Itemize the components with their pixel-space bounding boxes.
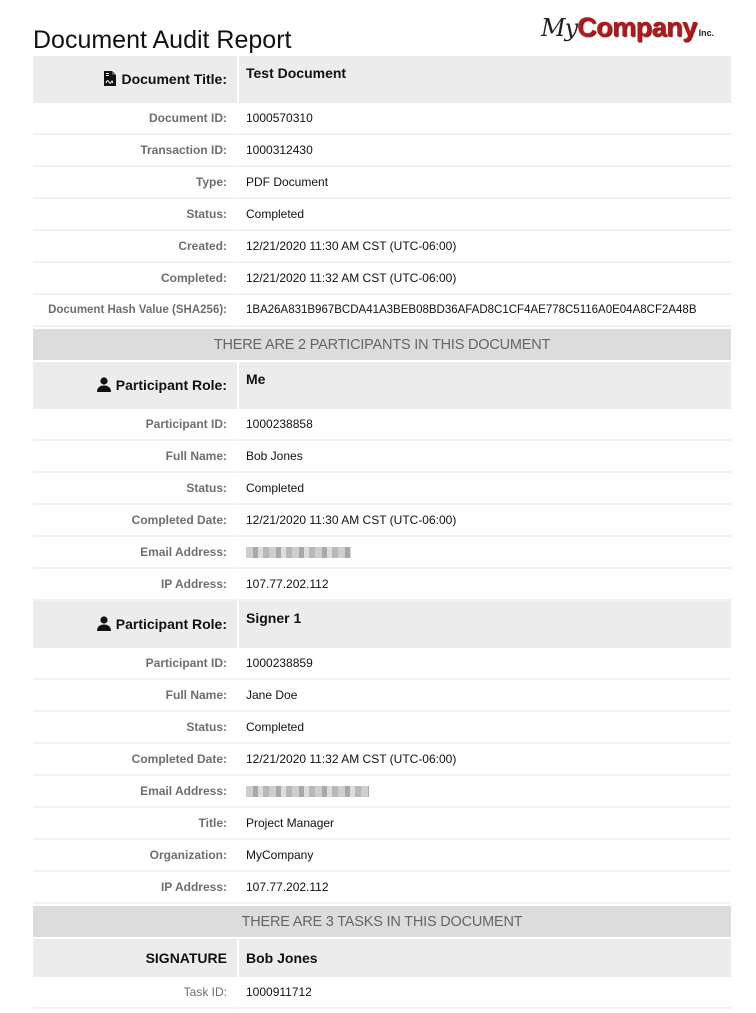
participant-role-row: Participant Role: Signer 1 xyxy=(33,601,731,648)
full-name-value: Bob Jones xyxy=(239,441,731,473)
field-row: Completed Date:12/21/2020 11:30 AM CST (… xyxy=(33,505,731,537)
field-row: Document Hash Value (SHA256):1BA26A831B9… xyxy=(33,295,731,327)
field-row: Completed Date:12/21/2020 11:32 AM CST (… xyxy=(33,744,731,776)
field-label: IP Address: xyxy=(33,872,239,904)
participant-role-label: Participant Role: xyxy=(116,377,227,393)
logo-my: My xyxy=(541,14,577,42)
field-label: Task ID: xyxy=(33,977,239,1009)
participant-role-value: Me xyxy=(239,362,731,409)
status-value: Completed xyxy=(239,199,731,231)
document-title-row: Document Title: Test Document xyxy=(33,56,731,103)
status-value: Completed xyxy=(239,473,731,505)
completed-date-value: 12/21/2020 11:30 AM CST (UTC-06:00) xyxy=(239,505,731,537)
ip-address-value: 107.77.202.112 xyxy=(239,569,731,601)
field-row: Status:Completed xyxy=(33,712,731,744)
field-label: Created: xyxy=(33,231,239,263)
participant-role-label: Participant Role: xyxy=(116,616,227,632)
field-row: Full Name:Jane Doe xyxy=(33,680,731,712)
field-label: Transaction ID: xyxy=(33,135,239,167)
participant-id-value: 1000238858 xyxy=(239,409,731,441)
ip-address-value: 107.77.202.112 xyxy=(239,872,731,904)
field-row: Task ID:1000911712 xyxy=(33,977,731,1009)
field-row: Created:12/21/2020 11:30 AM CST (UTC-06:… xyxy=(33,231,731,263)
field-row: Participant ID:1000238859 xyxy=(33,648,731,680)
field-label: Email Address: xyxy=(33,776,239,808)
field-label: Type: xyxy=(33,167,239,199)
participants-section-header: THERE ARE 2 PARTICIPANTS IN THIS DOCUMEN… xyxy=(33,327,731,362)
field-label: Completed: xyxy=(33,263,239,295)
field-label: Status: xyxy=(33,199,239,231)
full-name-value: Jane Doe xyxy=(239,680,731,712)
completed-value: 12/21/2020 11:32 AM CST (UTC-06:00) xyxy=(239,263,731,295)
task-id-value: 1000911712 xyxy=(239,977,731,1009)
field-row: Document ID:1000570310 xyxy=(33,103,731,135)
document-title-label: Document Title: xyxy=(121,71,227,87)
participant-role-row: Participant Role: Me xyxy=(33,362,731,409)
participant-role-value: Signer 1 xyxy=(239,601,731,648)
redacted-email xyxy=(246,786,369,797)
field-row: Email Address: xyxy=(33,776,731,808)
field-label: Participant ID: xyxy=(33,409,239,441)
field-label: Title: xyxy=(33,808,239,840)
organization-value: MyCompany xyxy=(239,840,731,872)
field-row: Organization:MyCompany xyxy=(33,840,731,872)
tasks-count-text: THERE ARE 3 TASKS IN THIS DOCUMENT xyxy=(33,904,731,939)
pdf-file-icon xyxy=(104,71,116,89)
field-row: Title:Project Manager xyxy=(33,808,731,840)
task-row: SIGNATURE Bob Jones xyxy=(33,939,731,977)
logo-inc: Inc. xyxy=(699,28,715,38)
user-icon xyxy=(97,377,111,395)
field-label: IP Address: xyxy=(33,569,239,601)
field-label: Document ID: xyxy=(33,103,239,135)
logo-company: Company xyxy=(577,12,697,43)
field-row: Transaction ID:1000312430 xyxy=(33,135,731,167)
company-logo: MyCompanyInc. xyxy=(541,12,714,44)
field-label: Status: xyxy=(33,473,239,505)
field-label: Completed Date: xyxy=(33,744,239,776)
tasks-section-header: THERE ARE 3 TASKS IN THIS DOCUMENT xyxy=(33,904,731,939)
transaction-id-value: 1000312430 xyxy=(239,135,731,167)
redacted-email xyxy=(246,547,351,558)
hash-value: 1BA26A831B967BCDA41A3BEB08BD36AFAD8C1CF4… xyxy=(239,295,731,327)
document-id-value: 1000570310 xyxy=(239,103,731,135)
status-value: Completed xyxy=(239,712,731,744)
field-label: Participant ID: xyxy=(33,648,239,680)
field-row: Completed:12/21/2020 11:32 AM CST (UTC-0… xyxy=(33,263,731,295)
completed-date-value: 12/21/2020 11:32 AM CST (UTC-06:00) xyxy=(239,744,731,776)
field-row: IP Address:107.77.202.112 xyxy=(33,872,731,904)
title-value: Project Manager xyxy=(239,808,731,840)
created-value: 12/21/2020 11:30 AM CST (UTC-06:00) xyxy=(239,231,731,263)
field-row: Full Name:Bob Jones xyxy=(33,441,731,473)
field-row: Status:Completed xyxy=(33,199,731,231)
user-icon xyxy=(97,616,111,634)
field-label: Document Hash Value (SHA256): xyxy=(33,295,239,327)
type-value: PDF Document xyxy=(239,167,731,199)
field-label: Full Name: xyxy=(33,441,239,473)
task-type-label: SIGNATURE xyxy=(33,939,239,977)
page-title: Document Audit Report xyxy=(33,26,291,55)
field-label: Status: xyxy=(33,712,239,744)
field-row: IP Address:107.77.202.112 xyxy=(33,569,731,601)
field-row: Type:PDF Document xyxy=(33,167,731,199)
participant-id-value: 1000238859 xyxy=(239,648,731,680)
audit-table: Document Title: Test Document Document I… xyxy=(33,56,731,1009)
field-label: Organization: xyxy=(33,840,239,872)
field-row: Participant ID:1000238858 xyxy=(33,409,731,441)
participants-count-text: THERE ARE 2 PARTICIPANTS IN THIS DOCUMEN… xyxy=(33,327,731,362)
task-assignee-value: Bob Jones xyxy=(239,939,731,977)
field-label: Completed Date: xyxy=(33,505,239,537)
field-row: Status:Completed xyxy=(33,473,731,505)
field-row: Email Address: xyxy=(33,537,731,569)
field-label: Email Address: xyxy=(33,537,239,569)
field-label: Full Name: xyxy=(33,680,239,712)
document-title-value: Test Document xyxy=(239,56,731,103)
